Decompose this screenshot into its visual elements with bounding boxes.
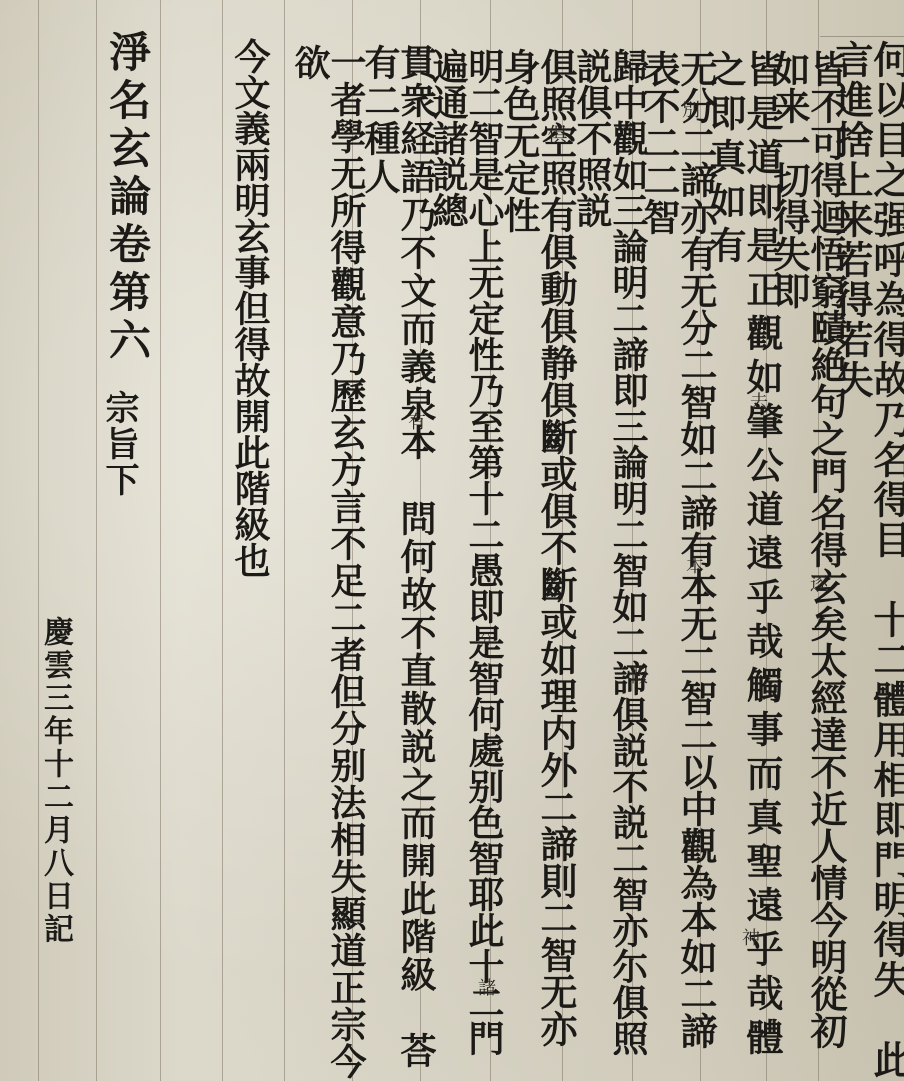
interlinear-note: 去 — [748, 392, 766, 410]
column-rule — [96, 0, 97, 1081]
text-column-7: 明二智是心上无定性乃至第十二愚即是智何處别色智耶此十二門遍通諸説總 — [430, 48, 502, 1081]
interlinear-note: 分 — [478, 632, 492, 646]
interlinear-note: 俱 — [546, 124, 566, 144]
interlinear-note: 諸 — [476, 978, 494, 996]
top-border-line — [820, 36, 904, 37]
column-rule — [222, 0, 223, 1081]
date-colophon: 慶雲三年十二月八日記 — [40, 616, 70, 946]
interlinear-note: 逐 — [808, 574, 826, 592]
manuscript-page: 何以目之强呼為得故乃名得目 十二體用相即門明得失 此言進捨上来若得若失 皆不可得… — [0, 0, 904, 1081]
text-column-9: 一者學无所得觀意乃歷玄方言不足二者但分别法相失顯道正宗今欲 — [292, 44, 364, 1081]
text-column-5: 歸中觀如三論明二諦即三論明二智如二諦俱説不説二智亦尓俱照説俱不照説 — [574, 48, 646, 1081]
interlinear-note: 本 — [684, 556, 702, 574]
scroll-title: 淨名玄論卷第六 — [106, 30, 148, 366]
interlinear-note: 有 — [406, 412, 424, 430]
section-subtitle: 宗旨下 — [102, 390, 136, 498]
text-column-10: 今文義兩明玄事但得故開此階級也 — [232, 38, 268, 578]
text-column-6: 俱照空照有俱動俱静俱斷或俱不斷或如理内外二諦則二智无亦身色无定性 — [500, 48, 574, 1081]
text-column-8: 貫衆経語乃不文而義泉本 問何故不直散説之而開此階級 荅有二種人 — [362, 44, 434, 1081]
interlinear-note: 假 — [628, 666, 646, 684]
interlinear-note: 別 — [680, 100, 698, 118]
column-rule — [284, 0, 285, 1081]
column-rule — [160, 0, 161, 1081]
interlinear-note: 神 — [740, 928, 758, 946]
